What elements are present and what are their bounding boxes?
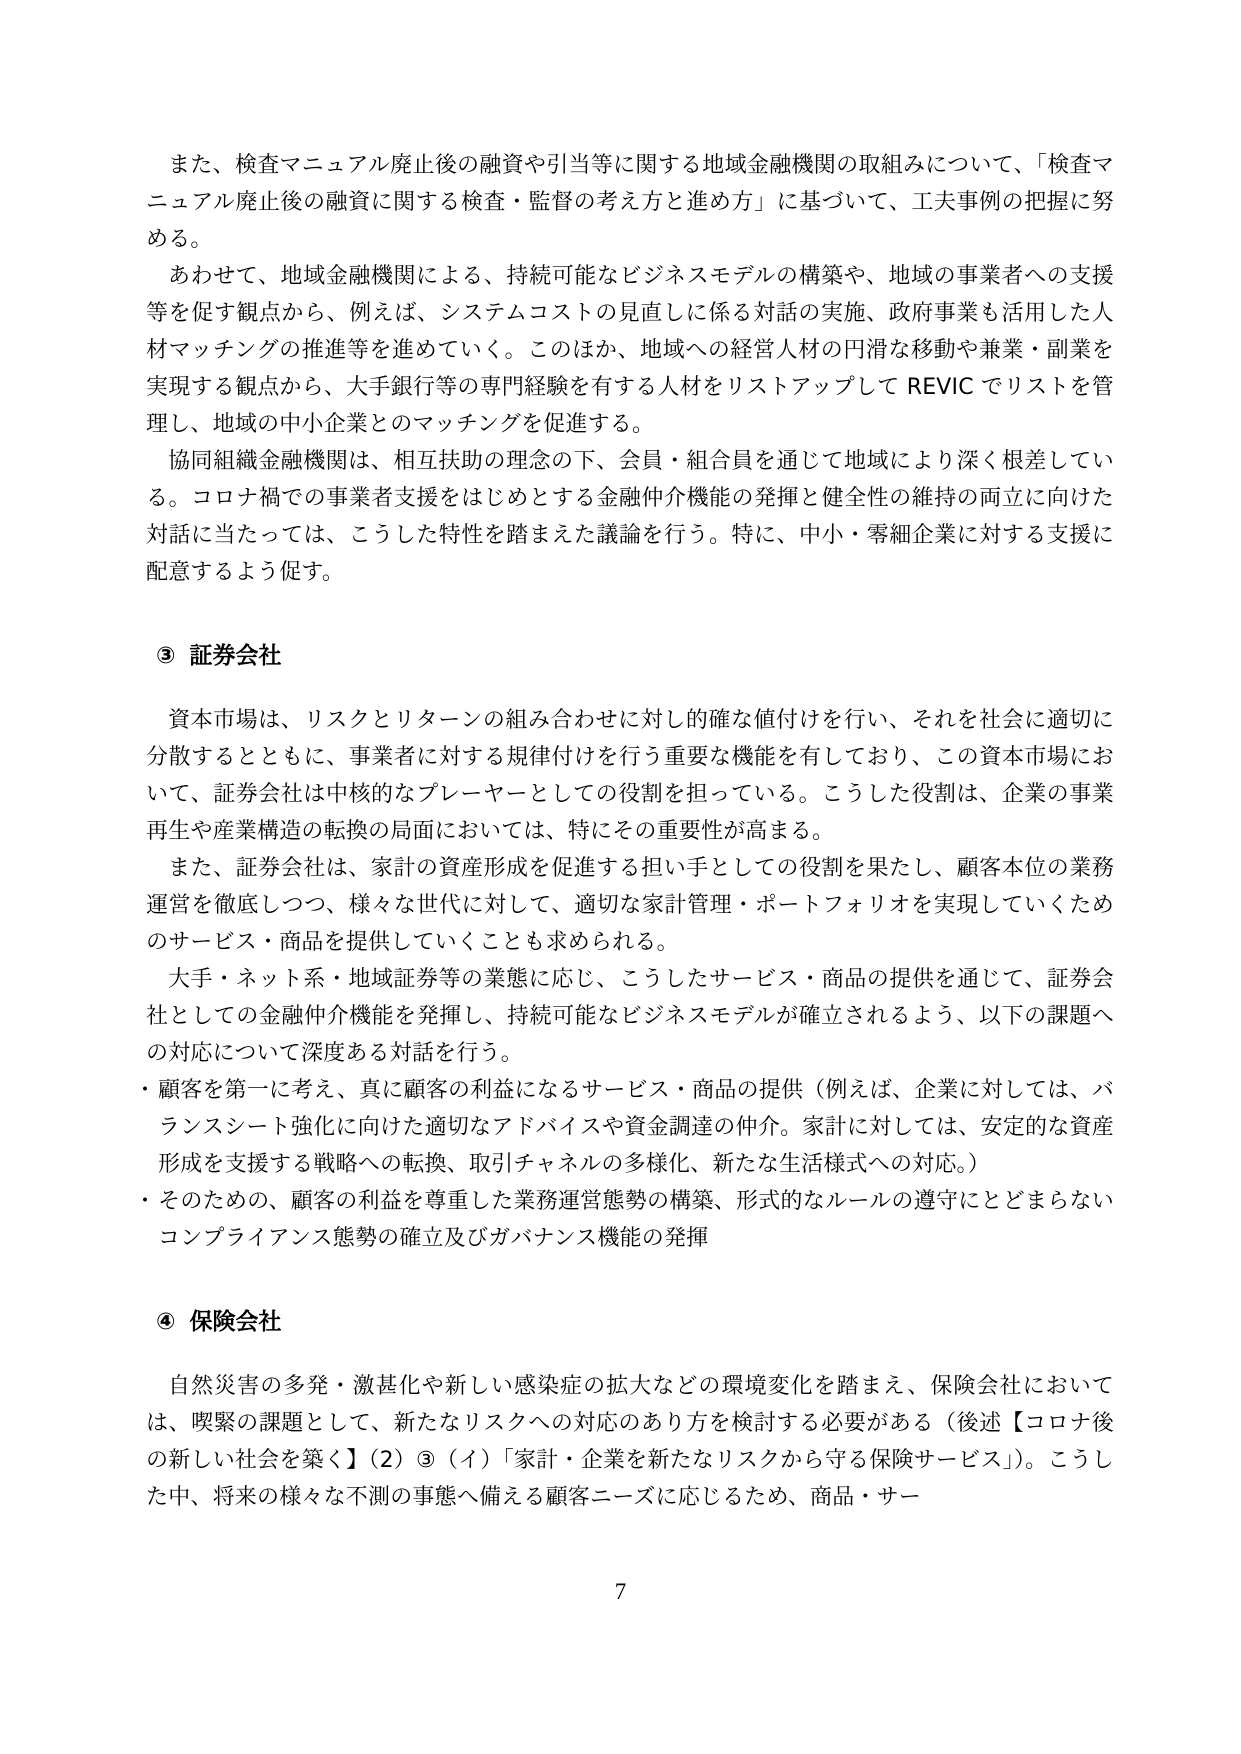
paragraph: また、検査マニュアル廃止後の融資や引当等に関する地域金融機関の取組みについて、「… bbox=[146, 147, 1114, 258]
bullet-item: ・顧客を第一に考え、真に顧客の利益になるサービス・商品の提供（例えば、企業に対し… bbox=[134, 1072, 1114, 1183]
heading-title: 証券会社 bbox=[189, 643, 281, 669]
paragraph: あわせて、地域金融機関による、持続可能なビジネスモデルの構築や、地域の事業者への… bbox=[146, 258, 1114, 443]
paragraph: また、証券会社は、家計の資産形成を促進する担い手としての役割を果たし、顧客本位の… bbox=[146, 850, 1114, 961]
page-number: 7 bbox=[0, 1578, 1241, 1606]
paragraph: 自然災害の多発・激甚化や新しい感染症の拡大などの環境変化を踏まえ、保険会社におい… bbox=[146, 1368, 1114, 1516]
heading-number: ③ bbox=[156, 643, 175, 669]
heading-number: ④ bbox=[156, 1309, 175, 1335]
document-page: また、検査マニュアル廃止後の融資や引当等に関する地域金融機関の取組みについて、「… bbox=[0, 0, 1241, 1754]
heading-title: 保険会社 bbox=[189, 1309, 281, 1335]
paragraph: 協同組織金融機関は、相互扶助の理念の下、会員・組合員を通じて地域により深く根差し… bbox=[146, 443, 1114, 591]
bullet-item: ・そのための、顧客の利益を尊重した業務運営態勢の構築、形式的なルールの遵守にとど… bbox=[134, 1183, 1114, 1257]
section-heading-securities: ③証券会社 bbox=[146, 638, 1114, 675]
bullet-text: 顧客を第一に考え、真に顧客の利益になるサービス・商品の提供（例えば、企業に対して… bbox=[158, 1078, 1114, 1177]
bullet-marker: ・ bbox=[134, 1072, 158, 1109]
paragraph: 資本市場は、リスクとリターンの組み合わせに対し的確な値付けを行い、それを社会に適… bbox=[146, 702, 1114, 850]
paragraph: 大手・ネット系・地域証券等の業態に応じ、こうしたサービス・商品の提供を通じて、証… bbox=[146, 961, 1114, 1072]
bullet-marker: ・ bbox=[134, 1183, 158, 1220]
section-heading-insurance: ④保険会社 bbox=[146, 1304, 1114, 1341]
page-content: また、検査マニュアル廃止後の融資や引当等に関する地域金融機関の取組みについて、「… bbox=[146, 147, 1114, 1516]
bullet-text: そのための、顧客の利益を尊重した業務運営態勢の構築、形式的なルールの遵守にとどま… bbox=[158, 1189, 1114, 1251]
